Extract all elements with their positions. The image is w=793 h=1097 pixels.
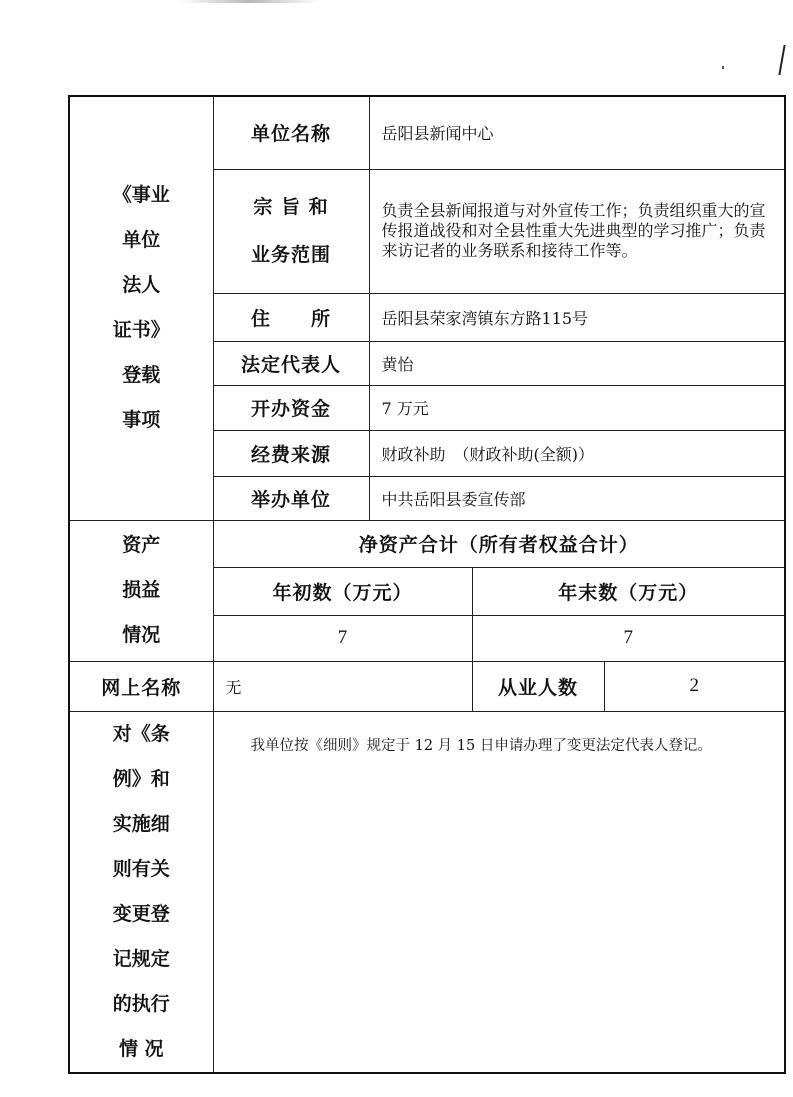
row-net-assets-header: 资产 损益 情况 净资产合计（所有者权益合计）	[69, 520, 785, 567]
sponsor-unit-value: 中共岳阳县委宣传部	[369, 476, 785, 520]
online-name-value: 无	[213, 661, 472, 711]
funding-source-value: 财政补助 （财政补助(全额)）	[369, 430, 785, 476]
section-label-line: 例》和	[70, 757, 213, 802]
end-of-year-value: 7	[472, 615, 785, 661]
scan-speck	[722, 66, 724, 69]
legal-representative-label: 法定代表人	[213, 341, 369, 385]
section-label-line: 损益	[70, 568, 213, 613]
section-label-line: 变更登	[70, 892, 213, 937]
purpose-label-line: 业务范围	[214, 231, 369, 279]
purpose-scope-value: 负责全县新闻报道与对外宣传工作；负责组织重大的宣传报道战役和对全县性重大先进典型…	[369, 169, 785, 293]
scan-artifact	[180, 0, 320, 3]
section-label-line: 记规定	[70, 937, 213, 982]
startup-capital-label: 开办资金	[213, 385, 369, 430]
funding-source-label: 经费来源	[213, 430, 369, 476]
section-label-line: 单位	[70, 218, 213, 263]
unit-name-value: 岳阳县新闻中心	[369, 96, 785, 169]
section-compliance-label: 对《条 例》和 实施细 则有关 变更登 记规定 的执行 情 况	[69, 711, 213, 1073]
margin-mark	[778, 45, 788, 75]
unit-name-label: 单位名称	[213, 96, 369, 169]
row-compliance: 对《条 例》和 实施细 则有关 变更登 记规定 的执行 情 况 我单位按《细则》…	[69, 711, 785, 1073]
startup-capital-value: 7 万元	[369, 385, 785, 430]
address-label: 住 所	[213, 293, 369, 341]
row-unit-name: 《事业 单位 法人 证书》 登载 事项 单位名称 岳阳县新闻中心	[69, 96, 785, 169]
section-label-line: 资产	[70, 523, 213, 568]
section-label-line: 情 况	[70, 1027, 213, 1072]
registration-form-table: 《事业 单位 法人 证书》 登载 事项 单位名称 岳阳县新闻中心 宗 旨 和 业…	[68, 95, 786, 1074]
staff-count-label: 从业人数	[472, 661, 604, 711]
section-registration-items: 《事业 单位 法人 证书》 登载 事项	[69, 96, 213, 520]
legal-representative-value: 黄怡	[369, 341, 785, 385]
row-online-name: 网上名称 无 从业人数 2	[69, 661, 785, 711]
section-label-line: 法人	[70, 263, 213, 308]
net-assets-header: 净资产合计（所有者权益合计）	[213, 520, 785, 567]
begin-of-year-value: 7	[213, 615, 472, 661]
staff-count-value: 2	[604, 661, 785, 711]
section-label-line: 的执行	[70, 982, 213, 1027]
section-label-line: 事项	[70, 398, 213, 443]
sponsor-unit-label: 举办单位	[213, 476, 369, 520]
begin-of-year-label: 年初数（万元）	[213, 567, 472, 615]
compliance-content: 我单位按《细则》规定于 12 月 15 日申请办理了变更法定代表人登记。	[213, 711, 785, 1073]
section-label-line: 对《条	[70, 712, 213, 757]
address-value: 岳阳县荣家湾镇东方路115号	[369, 293, 785, 341]
section-label-line: 实施细	[70, 802, 213, 847]
section-label-line: 《事业	[70, 173, 213, 218]
section-label-line: 则有关	[70, 847, 213, 892]
purpose-label-line: 宗 旨 和	[214, 183, 369, 231]
section-label-line: 登载	[70, 353, 213, 398]
purpose-scope-label: 宗 旨 和 业务范围	[213, 169, 369, 293]
section-label-line: 证书》	[70, 308, 213, 353]
end-of-year-label: 年末数（万元）	[472, 567, 785, 615]
online-name-label: 网上名称	[69, 661, 213, 711]
section-label-line: 情况	[70, 613, 213, 658]
section-assets: 资产 损益 情况	[69, 520, 213, 661]
compliance-text: 我单位按《细则》规定于 12 月 15 日申请办理了变更法定代表人登记。	[214, 712, 785, 755]
